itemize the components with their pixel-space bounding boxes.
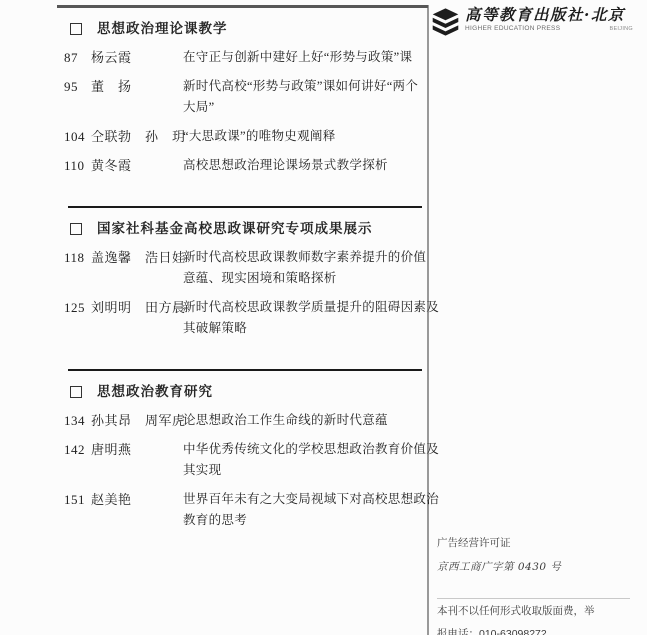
entry-authors: 董 扬 — [91, 76, 183, 118]
publisher-name-cn: 高等教育出版社·北京 — [465, 6, 633, 24]
toc-entry: 134 孙其昂 周军虎 论思想政治工作生命线的新时代意蕴 — [57, 410, 428, 431]
section-header: 国家社科基金高校思政课研究专项成果展示 — [57, 220, 428, 237]
entry-title-line: “大思政课”的唯物史观阐释 — [183, 126, 428, 147]
entry-title-line: 论思想政治工作生命线的新时代意蕴 — [183, 410, 428, 431]
entry-authors: 仝联勃 孙 玥 — [91, 126, 183, 147]
entry-title: 新时代高校思政课教师数字素养提升的价值 意蕴、现实困境和策略探析 — [183, 247, 428, 289]
entry-page-number: 151 — [64, 489, 91, 531]
toc-entry: 142 唐明燕 中华优秀传统文化的学校思想政治教育价值及 其实现 — [57, 439, 428, 481]
publisher-city-en: BEIJING — [610, 26, 634, 32]
entry-title-line: 大局” — [183, 97, 428, 118]
entry-authors: 孙其昂 周军虎 — [91, 410, 183, 431]
entry-authors: 盖逸馨 浩日娃 — [91, 247, 183, 289]
entry-title-line: 教育的思考 — [183, 510, 428, 531]
entry-page-number: 104 — [64, 126, 91, 147]
section-title: 思想政治教育研究 — [97, 383, 213, 400]
entry-title: 高校思想政治理论课场景式教学探析 — [183, 155, 428, 176]
fee-notice-line2: 报电话：010-63098272 — [437, 627, 637, 635]
toc-entry: 118 盖逸馨 浩日娃 新时代高校思政课教师数字素养提升的价值 意蕴、现实困境和… — [57, 247, 428, 289]
entry-page-number: 95 — [64, 76, 91, 118]
toc-entry: 110 黄冬霞 高校思想政治理论课场景式教学探析 — [57, 155, 428, 176]
entry-title-line: 其破解策略 — [183, 318, 428, 339]
publisher-name-block: 高等教育出版社·北京 HIGHER EDUCATION PRESS BEIJIN… — [465, 6, 633, 32]
notes-divider — [437, 598, 630, 599]
toc-entry: 151 赵美艳 世界百年未有之大变局视域下对高校思想政治 教育的思考 — [57, 489, 428, 531]
section-marker-square-icon — [70, 386, 82, 398]
entry-title-line: 新时代高校思政课教学质量提升的阻碍因素及 — [183, 297, 428, 318]
section-header: 思想政治理论课教学 — [57, 20, 428, 37]
entry-title: “大思政课”的唯物史观阐释 — [183, 126, 428, 147]
toc-entry: 125 刘明明 田方晨 新时代高校思政课教学质量提升的阻碍因素及 其破解策略 — [57, 297, 428, 339]
entry-authors: 黄冬霞 — [91, 155, 183, 176]
toc-section: 思想政治教育研究 134 孙其昂 周军虎 论思想政治工作生命线的新时代意蕴 14… — [57, 383, 428, 531]
publisher-name-en: HIGHER EDUCATION PRESS — [465, 25, 560, 32]
entry-page-number: 110 — [64, 155, 91, 176]
entry-page-number: 87 — [64, 47, 91, 68]
journal-toc-page: 高等教育出版社·北京 HIGHER EDUCATION PRESS BEIJIN… — [0, 0, 647, 635]
entry-title: 在守正与创新中建好上好“形势与政策”课 — [183, 47, 428, 68]
section-header: 思想政治教育研究 — [57, 383, 428, 400]
entry-title-line: 意蕴、现实困境和策略探析 — [183, 268, 428, 289]
entry-authors: 唐明燕 — [91, 439, 183, 481]
entry-title: 中华优秀传统文化的学校思想政治教育价值及 其实现 — [183, 439, 428, 481]
section-marker-square-icon — [70, 223, 82, 235]
fee-notice-line1: 本刊不以任何形式收取版面费，举 — [437, 604, 637, 618]
entry-title-line: 新时代高校思政课教师数字素养提升的价值 — [183, 247, 428, 268]
section-title: 思想政治理论课教学 — [97, 20, 228, 37]
section-separator — [68, 206, 422, 208]
section-separator — [68, 369, 422, 371]
entry-title: 世界百年未有之大变局视域下对高校思想政治 教育的思考 — [183, 489, 428, 531]
toc-section: 思想政治理论课教学 87 杨云霞 在守正与创新中建好上好“形势与政策”课 95 … — [57, 20, 428, 176]
ad-license-label: 广告经营许可证 — [437, 536, 637, 550]
toc-entry: 95 董 扬 新时代高校“形势与政策”课如何讲好“两个 大局” — [57, 76, 428, 118]
entry-page-number: 118 — [64, 247, 91, 289]
entry-title-line: 中华优秀传统文化的学校思想政治教育价值及 — [183, 439, 428, 460]
entry-page-number: 125 — [64, 297, 91, 339]
entry-title: 论思想政治工作生命线的新时代意蕴 — [183, 410, 428, 431]
stacked-books-logo-icon — [431, 7, 460, 42]
toc-entry: 104 仝联勃 孙 玥 “大思政课”的唯物史观阐释 — [57, 126, 428, 147]
entry-page-number: 142 — [64, 439, 91, 481]
section-title: 国家社科基金高校思政课研究专项成果展示 — [97, 220, 373, 237]
entry-title-line: 高校思想政治理论课场景式教学探析 — [183, 155, 428, 176]
entry-title-line: 在守正与创新中建好上好“形势与政策”课 — [183, 47, 428, 68]
toc-main-column: 思想政治理论课教学 87 杨云霞 在守正与创新中建好上好“形势与政策”课 95 … — [57, 5, 428, 531]
toc-entry: 87 杨云霞 在守正与创新中建好上好“形势与政策”课 — [57, 47, 428, 68]
section-marker-square-icon — [70, 23, 82, 35]
entry-page-number: 134 — [64, 410, 91, 431]
top-rule — [57, 5, 428, 8]
publisher-logo: 高等教育出版社·北京 HIGHER EDUCATION PRESS BEIJIN… — [431, 6, 633, 42]
entry-title: 新时代高校思政课教学质量提升的阻碍因素及 其破解策略 — [183, 297, 428, 339]
entry-title-line: 世界百年未有之大变局视域下对高校思想政治 — [183, 489, 428, 510]
entry-title-line: 其实现 — [183, 460, 428, 481]
license-notes-block: 广告经营许可证 京西工商广字第 0430 号 本刊不以任何形式收取版面费，举 报… — [437, 536, 637, 635]
entry-authors: 刘明明 田方晨 — [91, 297, 183, 339]
entry-title: 新时代高校“形势与政策”课如何讲好“两个 大局” — [183, 76, 428, 118]
ad-license-number: 京西工商广字第 0430 号 — [437, 560, 637, 574]
publisher-name-en-row: HIGHER EDUCATION PRESS BEIJING — [465, 25, 633, 32]
toc-section: 国家社科基金高校思政课研究专项成果展示 118 盖逸馨 浩日娃 新时代高校思政课… — [57, 220, 428, 339]
entry-authors: 杨云霞 — [91, 47, 183, 68]
entry-authors: 赵美艳 — [91, 489, 183, 531]
entry-title-line: 新时代高校“形势与政策”课如何讲好“两个 — [183, 76, 428, 97]
